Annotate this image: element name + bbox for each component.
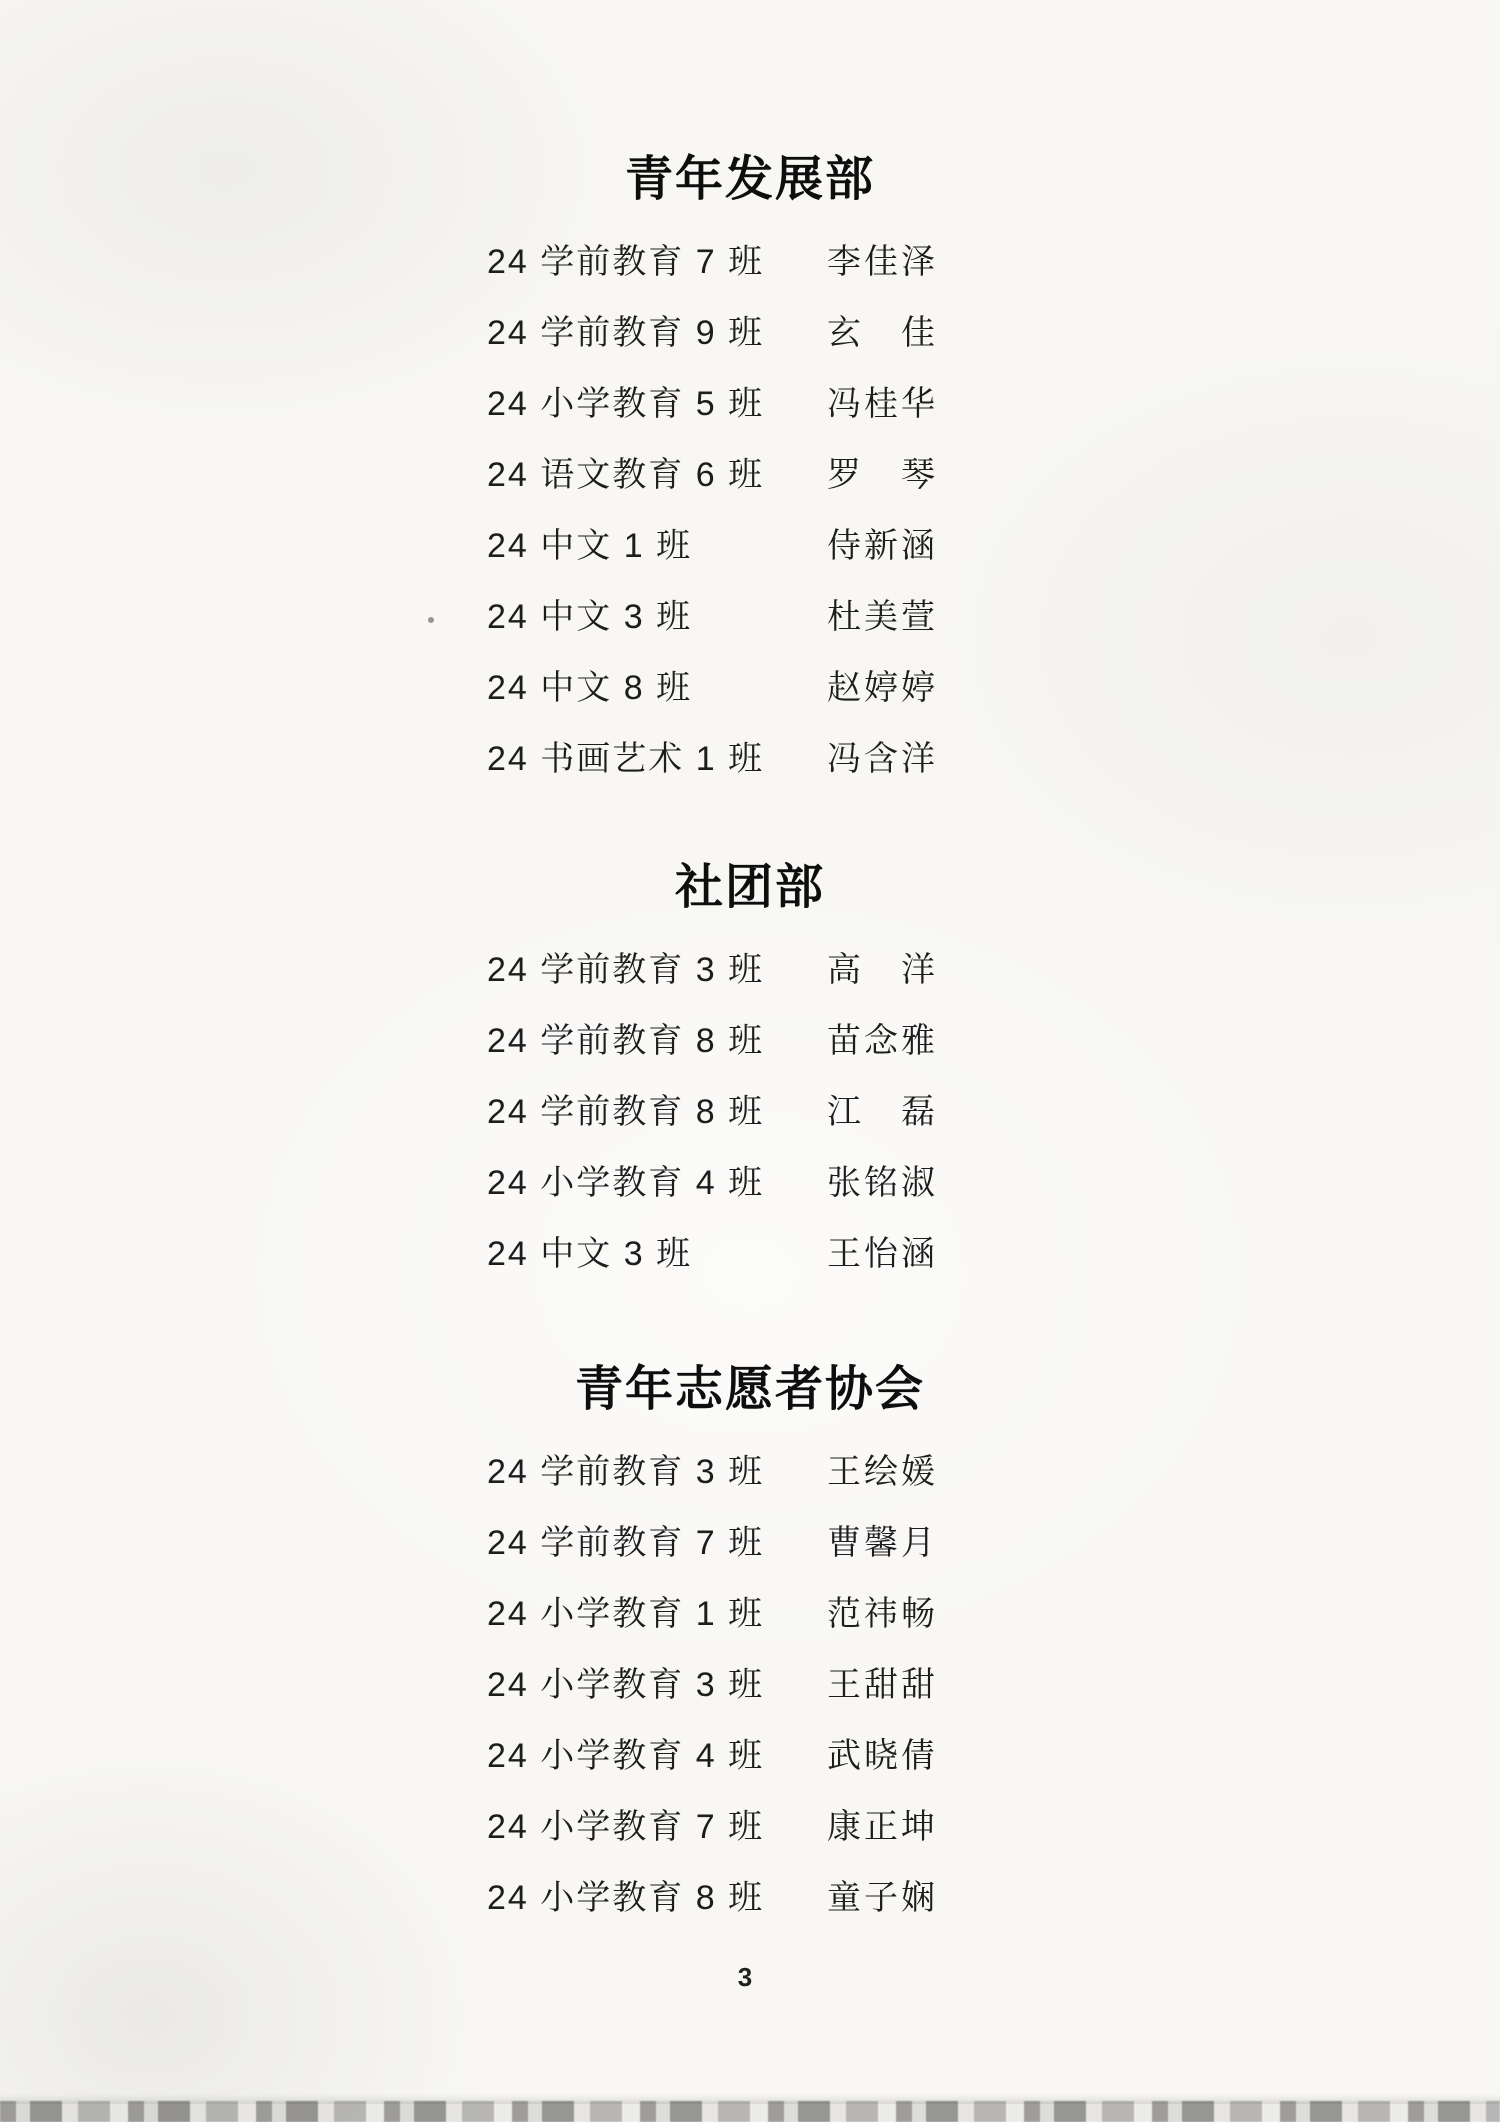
member-row: 24 中文 1 班 侍新涵 [0, 507, 1500, 578]
member-row: 24 学前教育 3 班 高 洋 [0, 931, 1500, 1002]
student-name: 武晓倩 [827, 1728, 938, 1777]
department-section: 社团部 24 学前教育 3 班 高 洋 24 学前教育 8 班 苗念雅 24 学… [0, 859, 1500, 1286]
section-rows: 24 学前教育 3 班 王绘媛 24 学前教育 7 班 曹馨月 24 小学教育 … [0, 1433, 1500, 1930]
page-number: 3 [0, 1962, 1495, 1993]
student-name: 侍新涵 [827, 518, 938, 567]
member-row: 24 学前教育 8 班 苗念雅 [0, 1002, 1500, 1073]
class-label: 24 小学教育 4 班 [487, 1728, 827, 1777]
member-row: 24 学前教育 3 班 王绘媛 [0, 1433, 1500, 1504]
member-row: 24 书画艺术 1 班 冯含洋 [0, 720, 1500, 791]
section-title: 社团部 [0, 859, 1500, 917]
class-label: 24 小学教育 5 班 [487, 376, 827, 425]
section-rows: 24 学前教育 7 班 李佳泽 24 学前教育 9 班 玄 佳 24 小学教育 … [0, 223, 1500, 791]
member-row: 24 小学教育 7 班 康正坤 [0, 1788, 1500, 1859]
student-name: 王甜甜 [827, 1657, 938, 1706]
department-section: 青年志愿者协会 24 学前教育 3 班 王绘媛 24 学前教育 7 班 曹馨月 … [0, 1361, 1500, 1930]
class-label: 24 学前教育 9 班 [487, 305, 827, 354]
student-name: 江 磊 [827, 1084, 938, 1133]
department-section: 青年发展部 24 学前教育 7 班 李佳泽 24 学前教育 9 班 玄 佳 24… [0, 151, 1500, 791]
section-title: 青年发展部 [0, 151, 1500, 209]
student-name: 冯桂华 [827, 376, 938, 425]
class-label: 24 小学教育 7 班 [487, 1799, 827, 1848]
sections-container: 青年发展部 24 学前教育 7 班 李佳泽 24 学前教育 9 班 玄 佳 24… [0, 151, 1500, 1930]
class-label: 24 学前教育 7 班 [487, 1515, 827, 1564]
class-label: 24 小学教育 3 班 [487, 1657, 827, 1706]
class-label: 24 中文 3 班 [487, 1226, 827, 1275]
student-name: 冯含洋 [827, 731, 938, 780]
member-row: 24 小学教育 4 班 张铭淑 [0, 1144, 1500, 1215]
member-row: 24 学前教育 7 班 曹馨月 [0, 1504, 1500, 1575]
class-label: 24 中文 3 班 [487, 589, 827, 638]
document-page: 青年发展部 24 学前教育 7 班 李佳泽 24 学前教育 9 班 玄 佳 24… [0, 0, 1500, 2122]
scan-noise-band [0, 2101, 1500, 2122]
student-name: 童子娴 [827, 1870, 938, 1919]
scan-speck-artifact [428, 617, 434, 623]
member-row: 24 小学教育 4 班 武晓倩 [0, 1717, 1500, 1788]
member-row: 24 小学教育 1 班 范祎畅 [0, 1575, 1500, 1646]
class-label: 24 书画艺术 1 班 [487, 731, 827, 780]
section-title: 青年志愿者协会 [0, 1361, 1500, 1419]
student-name: 范祎畅 [827, 1586, 938, 1635]
student-name: 李佳泽 [827, 234, 938, 283]
member-row: 24 语文教育 6 班 罗 琴 [0, 436, 1500, 507]
class-label: 24 小学教育 4 班 [487, 1155, 827, 1204]
student-name: 曹馨月 [827, 1515, 938, 1564]
section-rows: 24 学前教育 3 班 高 洋 24 学前教育 8 班 苗念雅 24 学前教育 … [0, 931, 1500, 1286]
class-label: 24 语文教育 6 班 [487, 447, 827, 496]
student-name: 王绘媛 [827, 1444, 938, 1493]
student-name: 张铭淑 [827, 1155, 938, 1204]
member-row: 24 中文 3 班 杜美萱 [0, 578, 1500, 649]
member-row: 24 学前教育 9 班 玄 佳 [0, 294, 1500, 365]
class-label: 24 中文 8 班 [487, 660, 827, 709]
student-name: 王怡涵 [827, 1226, 938, 1275]
class-label: 24 学前教育 8 班 [487, 1084, 827, 1133]
student-name: 高 洋 [827, 942, 938, 991]
member-row: 24 中文 8 班 赵婷婷 [0, 649, 1500, 720]
member-row: 24 小学教育 5 班 冯桂华 [0, 365, 1500, 436]
member-row: 24 中文 3 班 王怡涵 [0, 1215, 1500, 1286]
student-name: 杜美萱 [827, 589, 938, 638]
class-label: 24 学前教育 3 班 [487, 1444, 827, 1493]
class-label: 24 学前教育 8 班 [487, 1013, 827, 1062]
class-label: 24 小学教育 1 班 [487, 1586, 827, 1635]
class-label: 24 中文 1 班 [487, 518, 827, 567]
student-name: 罗 琴 [827, 447, 938, 496]
student-name: 康正坤 [827, 1799, 938, 1848]
class-label: 24 学前教育 7 班 [487, 234, 827, 283]
student-name: 玄 佳 [827, 305, 938, 354]
student-name: 赵婷婷 [827, 660, 938, 709]
member-row: 24 学前教育 8 班 江 磊 [0, 1073, 1500, 1144]
member-row: 24 小学教育 8 班 童子娴 [0, 1859, 1500, 1930]
class-label: 24 学前教育 3 班 [487, 942, 827, 991]
member-row: 24 学前教育 7 班 李佳泽 [0, 223, 1500, 294]
member-row: 24 小学教育 3 班 王甜甜 [0, 1646, 1500, 1717]
student-name: 苗念雅 [827, 1013, 938, 1062]
class-label: 24 小学教育 8 班 [487, 1870, 827, 1919]
